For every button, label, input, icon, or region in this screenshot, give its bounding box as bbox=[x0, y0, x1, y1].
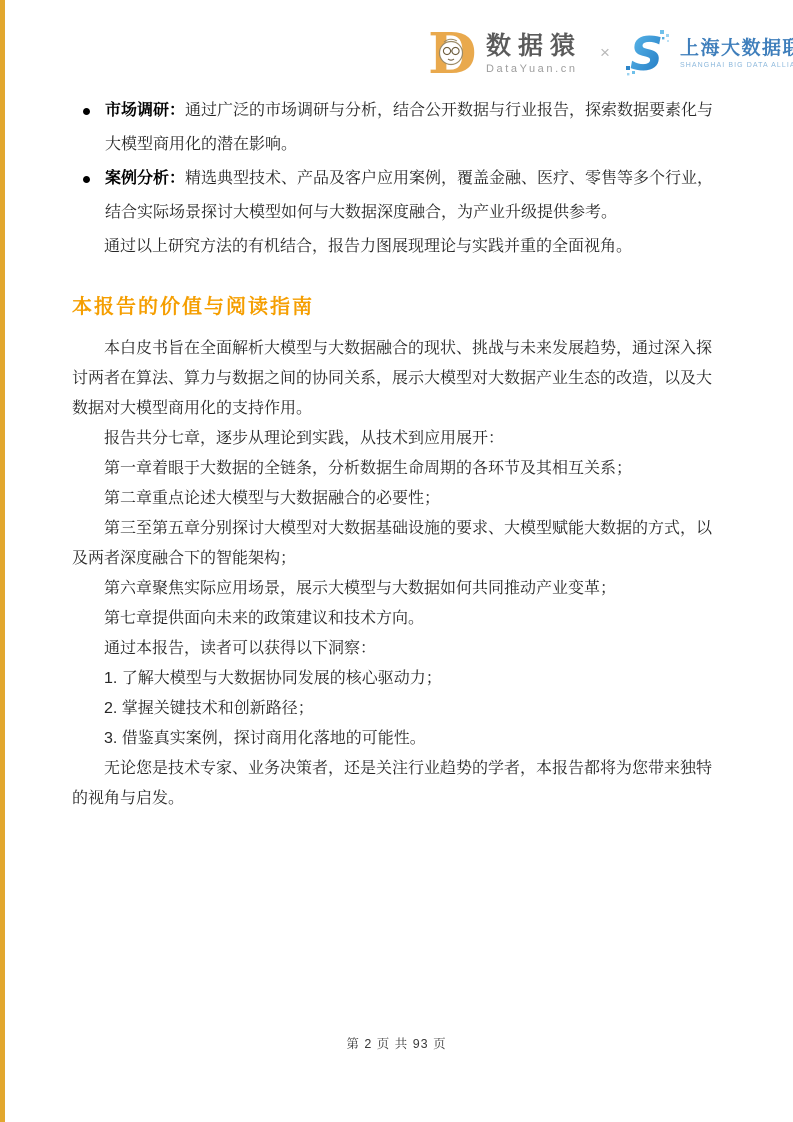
numbered-item: 1. 了解大模型与大数据协同发展的核心驱动力； bbox=[72, 664, 722, 694]
alliance-name-cn: 上海大数据联盟 bbox=[680, 38, 793, 60]
bullet-label: 市场调研： bbox=[105, 102, 185, 119]
paragraph: 无论您是技术专家、业务决策者，还是关注行业趋势的学者，本报告都将为您带来独特的视… bbox=[72, 754, 722, 814]
datayuan-wordmark: 数据猿 DataYuan.cn bbox=[486, 32, 582, 75]
list-item: 市场调研：通过广泛的市场调研与分析，结合公开数据与行业报告，探索数据要素化与大模… bbox=[72, 94, 722, 162]
paragraph: 报告共分七章，逐步从理论到实践，从技术到应用展开： bbox=[72, 424, 722, 454]
bullet-label: 案例分析： bbox=[105, 170, 185, 187]
paragraph: 第一章着眼于大数据的全链条，分析数据生命周期的各环节及其相互关系； bbox=[72, 454, 722, 484]
alliance-wordmark: 上海大数据联盟 SHANGHAI BIG DATA ALLIANCE bbox=[680, 38, 793, 69]
document-body: 市场调研：通过广泛的市场调研与分析，结合公开数据与行业报告，探索数据要素化与大模… bbox=[72, 94, 722, 814]
datayuan-name-cn: 数据猿 bbox=[486, 32, 582, 60]
page-footer: 第 2 页 共 93 页 bbox=[0, 1034, 793, 1052]
datayuan-logo: D 数据猿 DataYuan.cn bbox=[430, 25, 582, 81]
report-page: D 数据猿 DataYuan.cn × bbox=[0, 0, 793, 1122]
list-item: 案例分析：精选典型技术、产品及客户应用案例，覆盖金融、医疗、零售等多个行业，结合… bbox=[72, 162, 722, 230]
paragraph: 第三至第五章分别探讨大模型对大数据基础设施的要求、大模型赋能大数据的方式，以及两… bbox=[72, 514, 722, 574]
section-paragraphs: 本白皮书旨在全面解析大模型与大数据融合的现状、挑战与未来发展趋势，通过深入探讨两… bbox=[72, 334, 722, 814]
svg-text:S: S bbox=[630, 28, 663, 78]
header-logos: D 数据猿 DataYuan.cn × bbox=[430, 25, 793, 81]
alliance-logo: S 上海大数据联盟 SHANGHAI BIG DATA ALLIANCE bbox=[624, 28, 793, 78]
page-edge-accent-bar bbox=[0, 0, 5, 1122]
bullet-icon bbox=[83, 108, 90, 115]
bullet-text: 通过广泛的市场调研与分析，结合公开数据与行业报告，探索数据要素化与大模型商用化的… bbox=[105, 102, 713, 153]
methodology-summary: 通过以上研究方法的有机结合，报告力图展现理论与实践并重的全面视角。 bbox=[72, 230, 722, 264]
paragraph: 本白皮书旨在全面解析大模型与大数据融合的现状、挑战与未来发展趋势，通过深入探讨两… bbox=[72, 334, 722, 424]
bullet-icon bbox=[83, 176, 90, 183]
paragraph: 第七章提供面向未来的政策建议和技术方向。 bbox=[72, 604, 722, 634]
paragraph: 通过本报告，读者可以获得以下洞察： bbox=[72, 634, 722, 664]
paragraph: 第六章聚焦实际应用场景，展示大模型与大数据如何共同推动产业变革； bbox=[72, 574, 722, 604]
datayuan-monkey-d-icon: D bbox=[430, 25, 480, 81]
methodology-bullet-list: 市场调研：通过广泛的市场调研与分析，结合公开数据与行业报告，探索数据要素化与大模… bbox=[72, 94, 722, 230]
numbered-item: 2. 掌握关键技术和创新路径； bbox=[72, 694, 722, 724]
alliance-s-swirl-icon: S bbox=[624, 28, 672, 78]
bullet-text: 精选典型技术、产品及客户应用案例，覆盖金融、医疗、零售等多个行业，结合实际场景探… bbox=[105, 170, 713, 221]
numbered-item: 3. 借鉴真实案例，探讨商用化落地的可能性。 bbox=[72, 724, 722, 754]
alliance-name-en: SHANGHAI BIG DATA ALLIANCE bbox=[680, 62, 793, 69]
logo-separator: × bbox=[600, 43, 610, 63]
page-number: 第 2 页 共 93 页 bbox=[346, 1037, 446, 1051]
paragraph: 第二章重点论述大模型与大数据融合的必要性； bbox=[72, 484, 722, 514]
section-heading: 本报告的价值与阅读指南 bbox=[72, 290, 722, 319]
datayuan-domain: DataYuan.cn bbox=[486, 63, 582, 75]
